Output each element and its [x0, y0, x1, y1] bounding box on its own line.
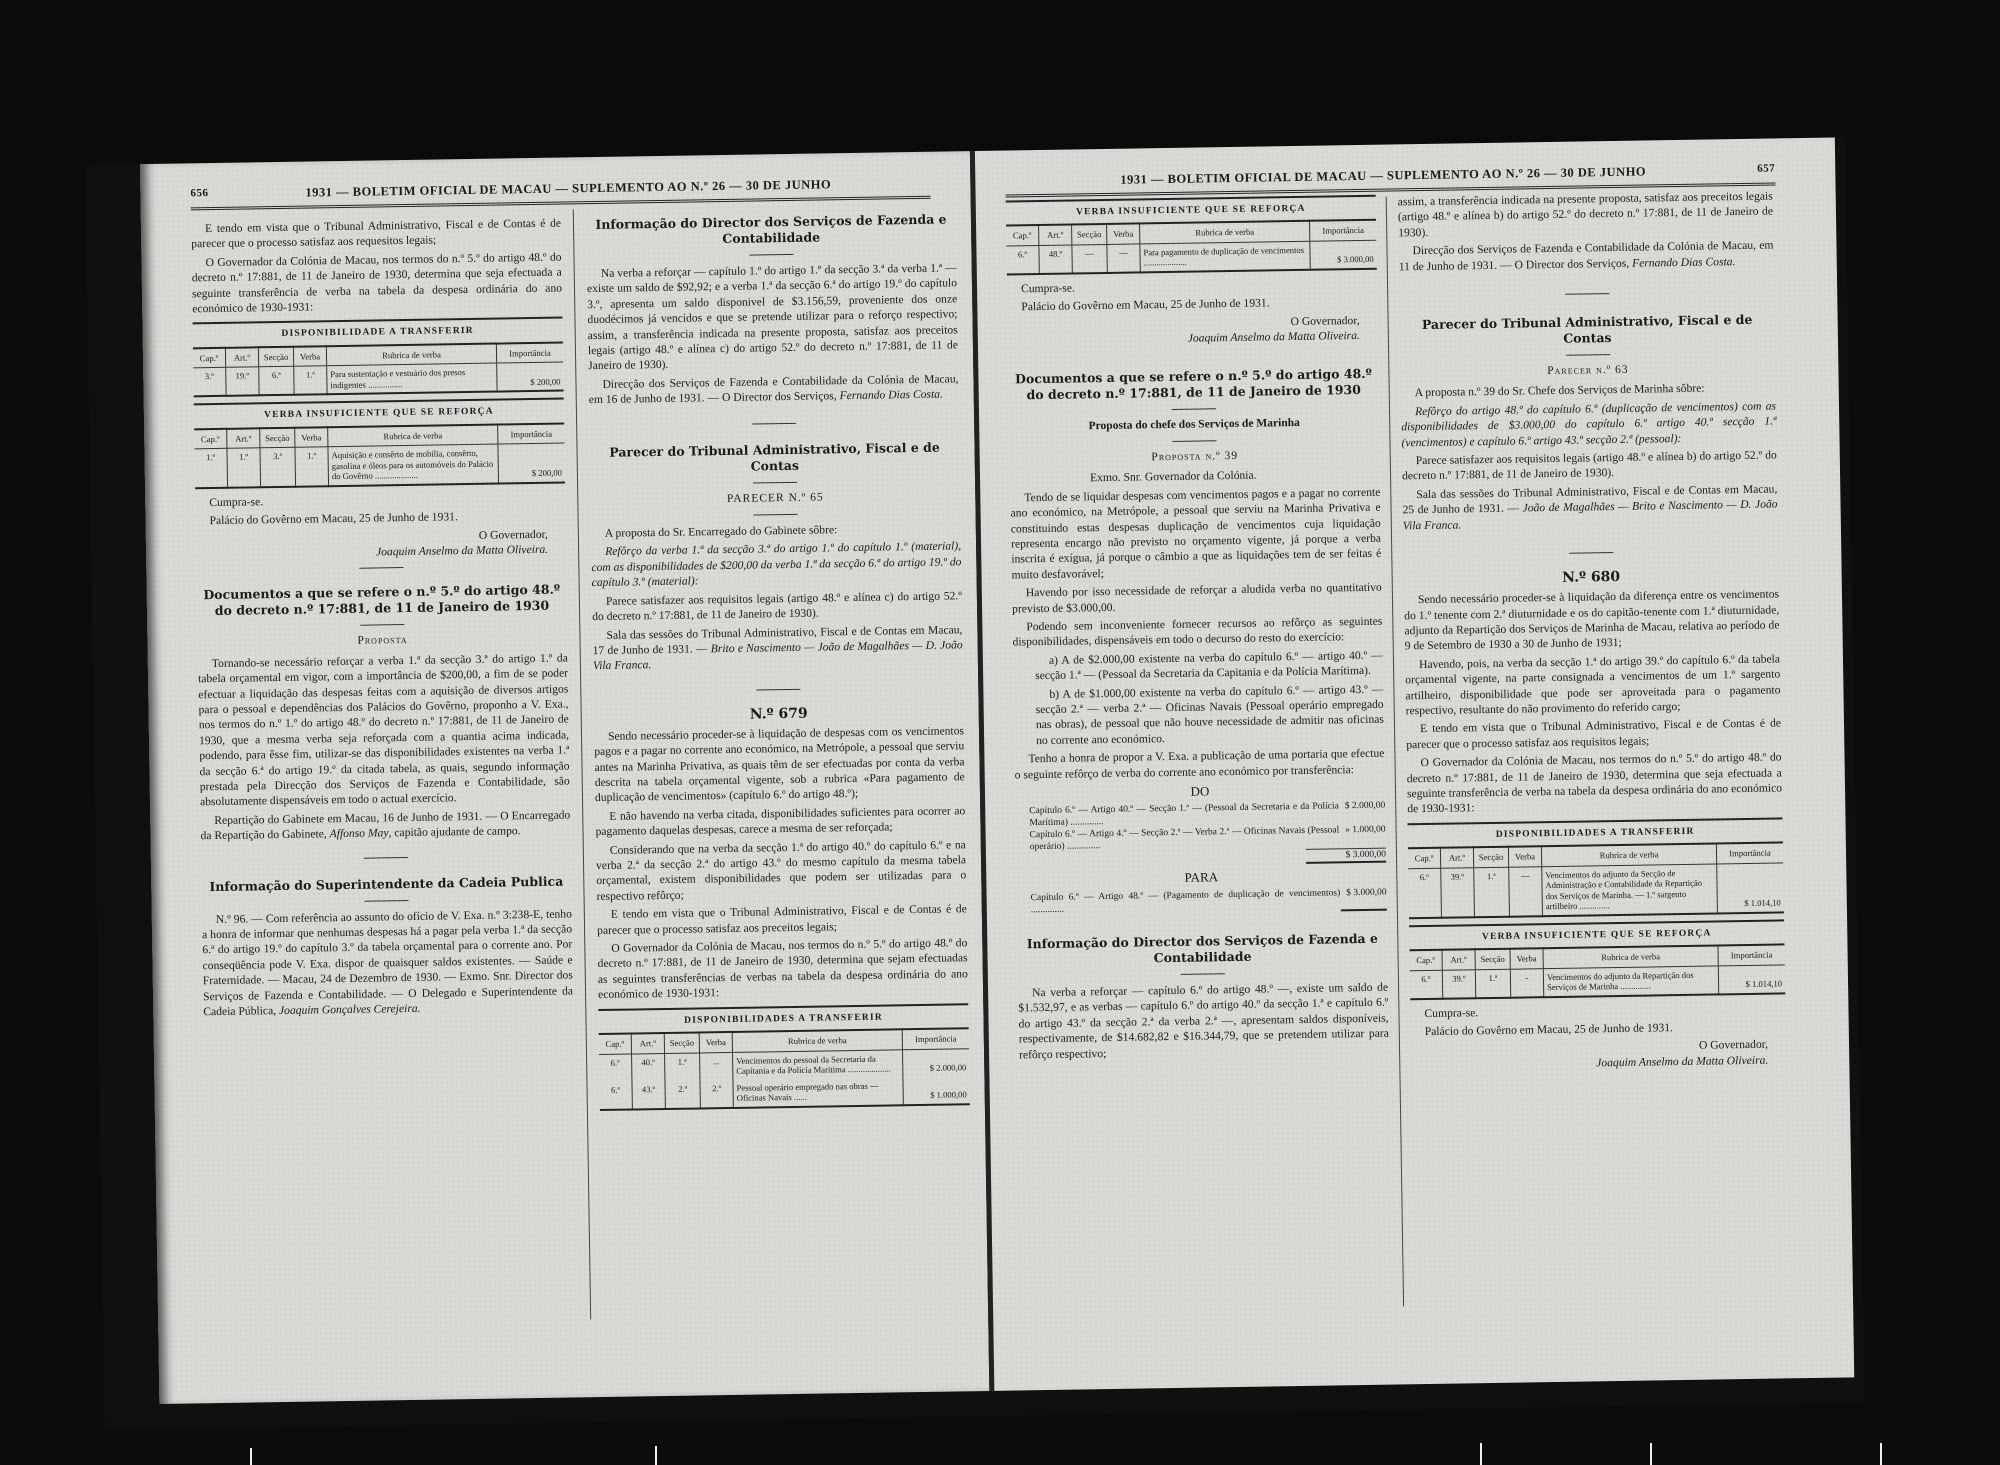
parecer-number: Parecer n.º 63: [1400, 361, 1775, 382]
ledger-from: Capítulo 6.º — Artigo 40.º — Secção 1.ª …: [1029, 800, 1386, 869]
signature-name: Fernando Dias Costa.: [1632, 255, 1736, 270]
column-left-2: Informação do Director dos Serviços de F…: [586, 209, 970, 1110]
col-header: Importância: [1716, 843, 1783, 864]
paragraph: Tornando-se necessário reforçar a verba …: [198, 650, 570, 810]
paragraph: Parece satisfazer aos requisitos legais …: [1402, 448, 1777, 485]
paragraph: Tendo de se liquidar despesas com vencim…: [1010, 484, 1381, 582]
cell: 43.º: [632, 1081, 665, 1110]
paragraph: O Governador da Colónia de Macau, nos te…: [597, 935, 968, 1002]
cumpra-se: Cumpra-se.: [195, 489, 565, 510]
cell: Vencimentos do adjunto da Secção de Admi…: [1542, 864, 1718, 916]
cell: —: [1072, 244, 1107, 273]
cell: $ 200,00: [497, 362, 564, 392]
cell: —: [1509, 866, 1543, 916]
list-item: a) A de $2.000,00 existente na verba do …: [1035, 647, 1383, 683]
signature: O Governador, Joaquim Anselmo da Matta O…: [1008, 312, 1378, 349]
cell: 1.ª: [294, 366, 327, 395]
paragraph: Havendo por isso necessidade de reforçar…: [1012, 580, 1382, 617]
table-title: DISPONIBILIDADES A TRANSFERIR: [598, 1003, 968, 1030]
col-header: Art.º: [631, 1033, 664, 1054]
parecer-number: PARECER N.º 65: [590, 488, 960, 509]
cell: 1.ª: [295, 447, 329, 487]
text: , capitão ajudante de campo.: [388, 824, 520, 839]
col-header: Importância: [1718, 944, 1785, 965]
paragraph: Refôrço da verba 1.ª da secção 3.ª do ar…: [591, 539, 962, 591]
cell: -: [1510, 968, 1543, 997]
cell: $ 2.000,00: [902, 1048, 969, 1077]
place-date: Palácio do Govêrno em Macau, 25 de Junho…: [1007, 294, 1377, 315]
col-header: Secção: [1475, 949, 1510, 970]
cell: Vencimentos do adjunto da Repartição dos…: [1543, 966, 1718, 997]
section-heading: Parecer do Tribunal Administrativo, Fisc…: [1400, 312, 1775, 350]
cell: 1.º: [194, 449, 227, 489]
page-656: 656 1931 — BOLETIM OFICIAL DE MACAU — SU…: [140, 151, 989, 1404]
cell: 1.º: [227, 448, 261, 488]
signature-name: Joaquim Anselmo da Matta Oliveira.: [1008, 328, 1360, 349]
cell: Para sustentação e vestuário dos presos …: [327, 363, 497, 394]
cell: 6.ª: [259, 367, 294, 396]
column-right-2: assim, a transferência indicada na prese…: [1398, 188, 1787, 1073]
divider: [754, 514, 798, 516]
divider: [1172, 440, 1216, 442]
table-row: 6.º 39.º 1.ª - Vencimentos do adjunto da…: [1410, 964, 1785, 998]
col-header: Importância: [498, 423, 565, 444]
col-header: Secção: [664, 1032, 699, 1053]
cumpra-se: Cumpra-se.: [1007, 276, 1377, 297]
divider: [359, 567, 403, 569]
divider: [1569, 552, 1613, 554]
paragraph: A proposta n.º 39 do Sr. Chefe dos Servi…: [1401, 380, 1776, 401]
col-header: Cap.º: [1408, 848, 1441, 869]
divider: [1172, 408, 1216, 410]
cell: 6.º: [599, 1054, 632, 1082]
col-header: Verba: [1107, 224, 1140, 245]
paragraph: A proposta do Sr. Encarregado do Gabinet…: [591, 520, 961, 541]
reinforce-table: Cap.º Art.º Secção Verba Rubrica de verb…: [194, 422, 565, 489]
divider: [749, 254, 793, 256]
table-row: 6.º 48.º — — Para pagamento de duplicaçã…: [1006, 240, 1376, 274]
col-header: Rubrica de verba: [1543, 946, 1718, 969]
cell: 1.ª: [665, 1052, 700, 1080]
film-mark: [1650, 1443, 1652, 1465]
section-heading: Documentos a que se refere o n.º 5.º do …: [1008, 365, 1378, 403]
header-title: 1931 — BOLETIM OFICIAL DE MACAU — SUPLEM…: [1120, 164, 1646, 187]
paragraph: O Governador da Colónia de Macau, nos te…: [1406, 750, 1782, 818]
col-header: Rubrica de verba: [1140, 221, 1310, 244]
film-mark: [250, 1448, 252, 1465]
paragraph: Tenho a honra de propor a V. Exa. a publ…: [1014, 746, 1384, 783]
paragraph: assim, a transferência indicada na prese…: [1398, 188, 1774, 240]
cell: Para pagamento de duplicação de vencimen…: [1140, 241, 1310, 272]
paragraph: Refôrço do artigo 48.º do capítulo 6.º (…: [1401, 398, 1777, 450]
list-item: b) A de $1.000,00 existente na verba do …: [1035, 681, 1384, 748]
cell: $ 1.000,00: [903, 1076, 970, 1105]
page-number: 657: [1757, 162, 1775, 174]
document-spread: 656 1931 — BOLETIM OFICIAL DE MACAU — SU…: [85, 137, 1865, 1429]
ledger-amount: » 1.000,00: [1339, 824, 1386, 849]
cell: 6.º: [1408, 868, 1441, 918]
signature-name: Fernando Dias Costa.: [839, 388, 943, 403]
section-heading: N.º 680: [1404, 567, 1779, 589]
page-657: 1931 — BOLETIM OFICIAL DE MACAU — SUPLEM…: [975, 138, 1854, 1391]
divider: [1566, 354, 1610, 356]
section-heading: Parecer do Tribunal Administrativo, Fisc…: [589, 439, 959, 477]
place-date: Palácio do Govêrno em Macau, 25 de Junho…: [1411, 1018, 1786, 1039]
divider: [752, 423, 796, 425]
place-date: Palácio do Govêrno em Macau, 25 de Junho…: [195, 508, 565, 529]
col-header: Art.º: [225, 347, 258, 368]
divider: [365, 900, 409, 902]
divider: [753, 482, 797, 484]
cell: 40.º: [632, 1053, 665, 1081]
col-header: Art.º: [1442, 949, 1475, 970]
ledger-row: Capítulo 6.º — Artigo 48.º — (Pagamento …: [1031, 887, 1387, 917]
transfer-table: Cap.º Art.º Secção Verba Rubrica de verb…: [193, 341, 564, 397]
reinforce-table: Cap.º Art.º Secção Verba Rubrica de verb…: [1409, 943, 1785, 999]
col-header: Secção: [258, 347, 293, 368]
ledger-heading: PARA: [1016, 867, 1386, 888]
section-heading: Informação do Superintendente da Cadeia …: [201, 873, 571, 895]
cell: $ 1.014,10: [1717, 863, 1784, 914]
ledger-to: Capítulo 6.º — Artigo 48.º — (Pagamento …: [1031, 887, 1387, 917]
reinforce-table: Cap.º Art.º Secção Verba Rubrica de verb…: [1006, 219, 1377, 275]
cell: Aquisição e consêrto de mobília, consêrt…: [328, 444, 499, 486]
cell: $ 3.000,00: [1310, 240, 1377, 270]
cell: Pessoal operário empregado nas obras — O…: [733, 1077, 903, 1108]
cell: 6.º: [1410, 970, 1443, 999]
paragraph: E tendo em vista que o Tribunal Administ…: [597, 901, 967, 938]
divider: [364, 857, 408, 859]
table-title: VERBA INSUFICIENTE QUE SE REFORÇA: [194, 398, 564, 425]
cell: ...: [700, 1052, 733, 1080]
paragraph: E tendo em vista que o Tribunal Administ…: [191, 216, 561, 253]
table-title: VERBA INSUFICIENTE QUE SE REFORÇA: [1409, 919, 1784, 946]
section-heading: Documentos a que se refere o n.º 5.º do …: [197, 582, 567, 620]
paragraph: Direcção dos Serviços de Fazenda e Conta…: [1398, 238, 1773, 275]
divider: [360, 624, 404, 626]
section-heading: Informação do Director dos Serviços de F…: [1017, 931, 1387, 969]
col-header: Secção: [1072, 224, 1107, 245]
col-header: Cap.º: [194, 429, 227, 450]
col-header: Cap.º: [1409, 950, 1442, 971]
table-title: VERBA INSUFICIENTE QUE SE REFORÇA: [1006, 195, 1376, 222]
page-number: 656: [190, 187, 208, 199]
paragraph: Direcção dos Serviços de Fazenda e Conta…: [588, 371, 958, 408]
paragraph: Sala das sessões do Tribunal Administrat…: [1402, 481, 1778, 533]
paragraph: Podendo sem inconveniente fornecer recur…: [1012, 614, 1382, 651]
cell: 39.º: [1442, 969, 1475, 998]
ledger-amount: $ 2.000,00: [1339, 800, 1386, 825]
paragraph: Havendo, pois, na verba da secção 1.ª do…: [1405, 651, 1781, 719]
col-header: Rubrica de verba: [1541, 844, 1716, 867]
divider: [1181, 973, 1225, 975]
header-title: 1931 — BOLETIM OFICIAL DE MACAU — SUPLEM…: [305, 177, 831, 200]
column-left-1: E tendo em vista que o Tribunal Administ…: [191, 216, 574, 1023]
cell: 39.º: [1441, 867, 1475, 917]
cell: $ 200,00: [498, 443, 565, 483]
microfilm-border: [0, 1438, 2000, 1465]
col-header: Rubrica de verba: [326, 343, 496, 366]
paragraph: Parece satisfazer aos requisitos legais …: [592, 588, 962, 625]
cell: 3.º: [193, 368, 226, 397]
signature-name: Joaquim Anselmo da Matta Oliveira.: [1411, 1052, 1768, 1073]
paragraph: Na verba a reforçar — capítulo 1.º do ar…: [587, 260, 959, 374]
col-header: Rubrica de verba: [328, 424, 498, 447]
proposta-number: Proposta n.º 39: [1010, 447, 1380, 468]
col-header: Verba: [293, 346, 326, 367]
col-header: Rubrica de verba: [732, 1029, 902, 1052]
cumpra-se: Cumpra-se.: [1410, 1000, 1785, 1021]
cell: —: [1107, 244, 1140, 273]
cell: 1.ª: [1474, 867, 1510, 917]
film-mark: [1480, 1443, 1482, 1465]
paragraph: Sendo necessário proceder-se à liquidaçã…: [1404, 587, 1780, 655]
section-heading: N.º 679: [594, 703, 964, 725]
paragraph: E não havendo na verba citada, disponibi…: [595, 803, 965, 840]
signature-name: Joaquim Anselmo da Matta Oliveira.: [196, 542, 548, 563]
transfer-table: Cap.º Art.º Secção Verba Rubrica de verb…: [1408, 842, 1784, 919]
paragraph: Na verba a reforçar — capítulo 6.º do ar…: [1018, 980, 1389, 1063]
cell: Vencimentos do pessoal da Secretaria da …: [733, 1049, 903, 1079]
ledger-text: Capítulo 6.º — Artigo 48.º — (Pagamento …: [1031, 887, 1341, 916]
cell: 2.ª: [700, 1079, 733, 1108]
col-header: Cap.º: [193, 348, 226, 369]
col-header: Secção: [1473, 847, 1508, 868]
col-header: Verba: [1508, 846, 1541, 867]
transfer-table: Cap.º Art.º Secção Verba Rubrica de verb…: [599, 1027, 970, 1110]
paragraph: Considerando que na verba da secção 1.ª …: [596, 837, 967, 904]
cell: 2.ª: [665, 1080, 700, 1109]
cell: 48.º: [1039, 245, 1072, 274]
signature-title: O Governador,: [1699, 1038, 1768, 1052]
section-heading: Informação do Director dos Serviços de F…: [586, 211, 956, 249]
paragraph: Sala das sessões do Tribunal Administrat…: [592, 622, 963, 674]
col-header: Art.º: [1039, 225, 1072, 246]
cell: 1.ª: [1475, 969, 1510, 998]
signature-title: O Governador,: [479, 527, 548, 541]
ledger-total: $ 3.000,00: [1306, 848, 1386, 864]
table-row: 3.º 19.º 6.ª 1.ª Para sustentação e vest…: [193, 362, 563, 396]
signature: O Governador, Joaquim Anselmo da Matta O…: [196, 526, 566, 563]
col-header: Verba: [699, 1032, 732, 1053]
subheading: Proposta: [197, 631, 567, 652]
col-header: Art.º: [227, 428, 260, 449]
ledger-amount: $ 3.000,00: [1340, 887, 1387, 912]
divider: [1565, 293, 1609, 295]
table-title: DISPONIBILIDADES A TRANSFERIR: [1408, 817, 1783, 844]
column-right-1: VERBA INSUFICIENTE QUE SE REFORÇA Cap.º …: [1006, 195, 1390, 1066]
col-header: Importância: [496, 342, 563, 363]
cell: $ 1.014,10: [1718, 964, 1785, 994]
col-header: Verba: [295, 427, 328, 448]
ledger-text: Capítulo 6.º — Artigo 4.º — Secção 2.ª —…: [1030, 825, 1340, 854]
cell: 6.º: [1006, 245, 1039, 274]
paragraph: E tendo em vista que o Tribunal Administ…: [1406, 716, 1781, 753]
col-header: Cap.º: [599, 1034, 632, 1055]
signature-title: O Governador,: [1290, 314, 1359, 328]
film-mark: [655, 1446, 657, 1465]
paragraph: N.º 96. — Com referência ao assunto do o…: [202, 906, 574, 1020]
film-mark: [1880, 1443, 1882, 1465]
signature-name: Affonso May: [330, 827, 389, 841]
cell: 3.ª: [260, 447, 296, 487]
col-header: Cap.º: [1006, 225, 1039, 246]
ledger-heading: DO: [1015, 781, 1385, 802]
cell: 19.º: [226, 367, 259, 396]
paragraph: Sendo necessário proceder-se à liquidaçã…: [594, 723, 965, 806]
col-header: Importância: [902, 1028, 969, 1049]
paragraph: Repartição do Gabinete em Macau, 16 de J…: [200, 807, 570, 844]
salutation: Exmo. Snr. Governador da Colónia.: [1010, 466, 1380, 487]
table-row: 6.º 39.º 1.ª — Vencimentos do adjunto da…: [1408, 863, 1784, 918]
col-header: Art.º: [1440, 847, 1473, 868]
col-header: Secção: [260, 427, 295, 448]
subheading: Proposta do chefe dos Serviços de Marinh…: [1009, 414, 1379, 435]
signature-name: Joaquim Gonçalves Cerejeira.: [279, 1002, 421, 1017]
divider: [756, 689, 800, 691]
signature: O Governador, Joaquim Anselmo da Matta O…: [1411, 1037, 1786, 1074]
col-header: Verba: [1510, 948, 1543, 969]
page-header: 656 1931 — BOLETIM OFICIAL DE MACAU — SU…: [190, 174, 930, 211]
cell: 6.º: [599, 1081, 632, 1110]
table-title: DISPONIBILIDADE A TRANSFERIR: [192, 317, 562, 344]
table-row: 6.º 43.º 2.ª 2.ª Pessoal operário empreg…: [599, 1076, 969, 1110]
col-header: Importância: [1310, 220, 1377, 241]
table-row: 1.º 1.º 3.ª 1.ª Aquisição e consêrto de …: [194, 443, 565, 488]
paragraph: O Governador da Colónia de Macau, nos te…: [191, 249, 562, 316]
